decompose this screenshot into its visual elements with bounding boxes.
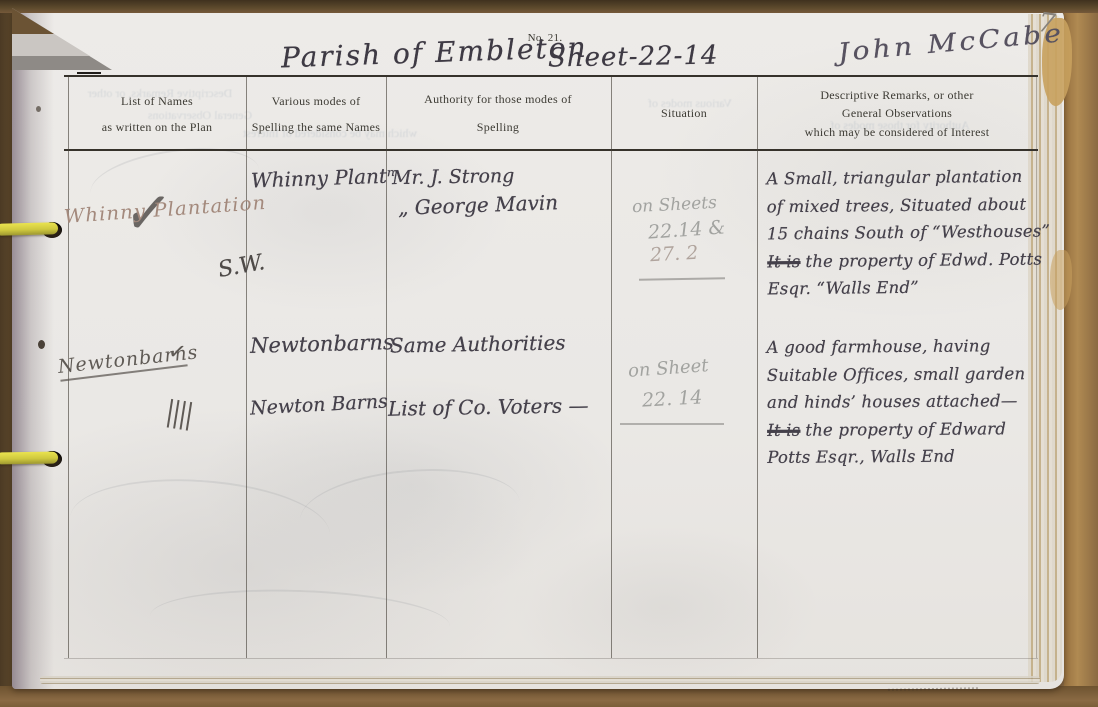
book-right-cover (1064, 0, 1098, 707)
col-header-authority-2: Spelling (477, 120, 519, 135)
book-top-cover (0, 0, 1098, 13)
remark-line: A good farmhouse, having (767, 332, 1035, 361)
remark-text: the property of Edwd. Potts (805, 249, 1042, 270)
authority-entry: List of Co. Voters — (388, 393, 589, 420)
table-vline-5 (757, 77, 758, 658)
remark-line: Potts Esqr., Walls End (767, 442, 1035, 471)
page-bottom-edges (40, 676, 1040, 684)
scanned-book-page: 7 No. 21. Parish of Embleton Sheet-22-14… (0, 0, 1098, 707)
table-vline-2 (246, 77, 247, 658)
punch-hole-middle (38, 340, 45, 349)
remark-text: the property of Edward (805, 419, 1006, 439)
spine-shadow (12, 8, 54, 689)
bleedthrough-text: Authority for those modes of (830, 118, 969, 133)
tally-marks: |||| (164, 394, 195, 431)
remark-line: Esqr. “Walls End” (767, 273, 1035, 303)
binding-cord-top (0, 222, 58, 236)
situation-underline (620, 423, 724, 425)
ink-dash-mark (77, 72, 101, 74)
table-vline-6 (1036, 77, 1037, 658)
bleedthrough-text: Descriptive Remarks, or other (88, 86, 233, 101)
remark-text: A Small, triangular plantation (766, 167, 1022, 189)
struck-words: It is (767, 420, 800, 439)
torn-corner-wood (12, 8, 54, 34)
situation-line: 27. 2 (649, 242, 698, 267)
authority-entry: Mr. J. Strong (392, 165, 515, 189)
col-header-spelling-1: Various modes of (272, 94, 361, 109)
bleedthrough-text: General Observations (148, 108, 252, 123)
remarks-block: A good farmhouse, having Suitable Office… (767, 332, 1036, 471)
spelling-entry: Whinny Plantⁿ (251, 163, 396, 192)
remark-text: 15 chains South of “Westhouses” (767, 221, 1050, 243)
remarks-block: A Small, triangular plantation of mixed … (766, 163, 1035, 303)
binding-cord-bottom (0, 451, 58, 464)
remark-line: Suitable Offices, small garden (767, 360, 1035, 389)
spelling-entry: Newtonbarns (250, 330, 394, 358)
punch-hole-small (36, 106, 41, 112)
bleedthrough-text: Various modes of (648, 96, 732, 111)
sheet-title: Sheet-22-14 (548, 41, 719, 74)
remark-text: Potts Esqr., Walls End (767, 447, 955, 467)
remark-line: 15 chains South of “Westhouses” (767, 218, 1035, 248)
struck-words: It is (767, 252, 800, 271)
col-header-authority-1: Authority for those modes of (424, 92, 572, 107)
remark-line: It isthe property of Edward (767, 415, 1035, 444)
remark-text: and hinds’ houses attached— (767, 391, 1018, 412)
table-bottom-rule (64, 658, 1038, 659)
remark-line: It isthe property of Edwd. Potts (767, 245, 1035, 275)
remark-line: A Small, triangular plantation (766, 163, 1034, 193)
remark-text: Esqr. “Walls End” (767, 278, 918, 299)
header-bottom-rule (64, 149, 1038, 151)
remark-text: of mixed trees, Situated about (767, 194, 1027, 216)
authority-entry: Same Authorities (390, 330, 566, 357)
remark-line: of mixed trees, Situated about (767, 190, 1035, 220)
remark-line: and hinds’ houses attached— (767, 387, 1035, 416)
bleedthrough-text: which may be considered of Interest (243, 126, 417, 141)
col-header-remarks-1: Descriptive Remarks, or other (820, 88, 973, 103)
remark-text: A good farmhouse, having (767, 336, 991, 357)
remark-text: Suitable Offices, small garden (767, 364, 1026, 385)
table-top-rule (64, 75, 1038, 77)
table-vline-4 (611, 77, 612, 658)
situation-line: 22. 14 (641, 386, 703, 411)
